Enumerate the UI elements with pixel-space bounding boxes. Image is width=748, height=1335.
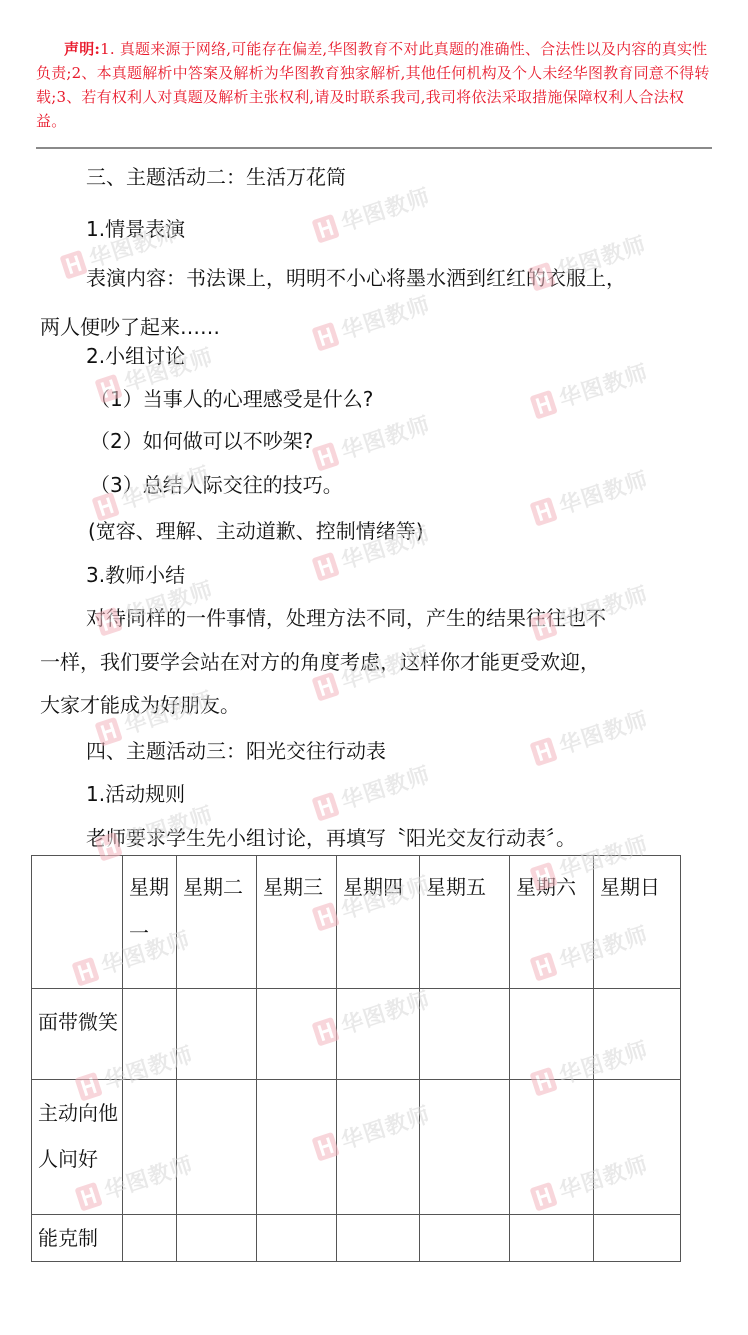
watermark-logo-icon: [59, 250, 87, 280]
table-cell[interactable]: [594, 1080, 681, 1215]
table-header-row: 星期一 星期二 星期三 星期四 星期五 星期六 星期日: [32, 856, 681, 989]
watermark: 华图教师: [309, 281, 445, 359]
table-header-wednesday: 星期三: [257, 856, 337, 989]
table-row: 能克制: [32, 1215, 681, 1262]
discussion-question-2: （2）如何做可以不吵架?: [90, 427, 313, 455]
watermark-logo-icon: [529, 390, 557, 420]
watermark: 华图教师: [527, 696, 663, 774]
table-cell[interactable]: [337, 1080, 420, 1215]
table-cell[interactable]: [594, 1215, 681, 1262]
sunshine-action-table: 星期一 星期二 星期三 星期四 星期五 星期六 星期日 面带微笑 主动向他人问好…: [31, 855, 681, 1262]
table-cell[interactable]: [420, 1215, 510, 1262]
table-cell[interactable]: [123, 1080, 177, 1215]
watermark-logo-icon: [311, 442, 339, 472]
watermark: 华图教师: [527, 456, 663, 534]
row-label: 主动向他人问好: [32, 1080, 123, 1215]
table-cell[interactable]: [337, 1215, 420, 1262]
summary-text-line-1: 对待同样的一件事情，处理方法不同，产生的结果往往也不: [86, 604, 606, 632]
table-cell[interactable]: [337, 989, 420, 1080]
discussion-question-1: （1）当事人的心理感受是什么?: [90, 385, 373, 413]
table-cell[interactable]: [420, 1080, 510, 1215]
watermark-logo-icon: [311, 792, 339, 822]
item-title-activity-rules: 1.活动规则: [86, 780, 185, 808]
watermark-logo-icon: [311, 552, 339, 582]
row-label: 能克制: [32, 1215, 123, 1262]
section-title-activity-3: 四、主题活动三：阳光交往行动表: [86, 737, 386, 765]
table-header-sunday: 星期日: [594, 856, 681, 989]
table-cell[interactable]: [257, 1080, 337, 1215]
discussion-question-3: （3）总结人际交往的技巧。: [90, 471, 343, 499]
table-cell[interactable]: [177, 989, 257, 1080]
section-title-activity-2: 三、主题活动二：生活万花筒: [86, 163, 346, 191]
table-cell[interactable]: [510, 1080, 594, 1215]
disclaimer-lead: 声明:: [64, 40, 100, 58]
watermark-logo-icon: [311, 672, 339, 702]
table-cell[interactable]: [420, 989, 510, 1080]
summary-text-line-3: 大家才能成为好朋友。: [40, 691, 240, 719]
disclaimer-text: 1. 真题来源于网络,可能存在偏差,华图教育不对此真题的准确性、合法性以及内容的…: [36, 40, 710, 130]
discussion-note: (宽容、理解、主动道歉、控制情绪等): [88, 517, 424, 545]
table-header-corner: [32, 856, 123, 989]
table-cell[interactable]: [177, 1215, 257, 1262]
table-cell[interactable]: [257, 989, 337, 1080]
table-cell[interactable]: [510, 989, 594, 1080]
table-cell[interactable]: [123, 989, 177, 1080]
header-divider: [36, 147, 712, 149]
disclaimer: 声明:1. 真题来源于网络,可能存在偏差,华图教育不对此真题的准确性、合法性以及…: [36, 37, 714, 133]
table-header-saturday: 星期六: [510, 856, 594, 989]
role-play-text-line-2: 两人便吵了起来……: [40, 313, 220, 341]
table-cell[interactable]: [123, 1215, 177, 1262]
watermark-logo-icon: [529, 737, 557, 767]
watermark-logo-icon: [311, 214, 339, 244]
row-label: 面带微笑: [32, 989, 123, 1080]
table-header-tuesday: 星期二: [177, 856, 257, 989]
table-cell[interactable]: [510, 1215, 594, 1262]
summary-text-line-2: 一样，我们要学会站在对方的角度考虑，这样你才能更受欢迎，: [40, 648, 600, 676]
watermark-logo-icon: [311, 322, 339, 352]
table-cell[interactable]: [257, 1215, 337, 1262]
item-title-role-play: 1.情景表演: [86, 215, 185, 243]
item-title-teacher-summary: 3.教师小结: [86, 561, 185, 589]
table-row: 主动向他人问好: [32, 1080, 681, 1215]
table-header-friday: 星期五: [420, 856, 510, 989]
item-title-group-discussion: 2.小组讨论: [86, 342, 185, 370]
watermark: 华图教师: [527, 349, 663, 427]
watermark-logo-icon: [529, 497, 557, 527]
table-cell[interactable]: [177, 1080, 257, 1215]
role-play-text-line-1: 表演内容：书法课上，明明不小心将墨水洒到红红的衣服上，: [86, 264, 626, 292]
table-header-monday: 星期一: [123, 856, 177, 989]
table-cell[interactable]: [594, 989, 681, 1080]
table-row: 面带微笑: [32, 989, 681, 1080]
table-header-thursday: 星期四: [337, 856, 420, 989]
activity-rules-text: 老师要求学生先小组讨论，再填写〝阳光交友行动表〞。: [86, 824, 576, 852]
